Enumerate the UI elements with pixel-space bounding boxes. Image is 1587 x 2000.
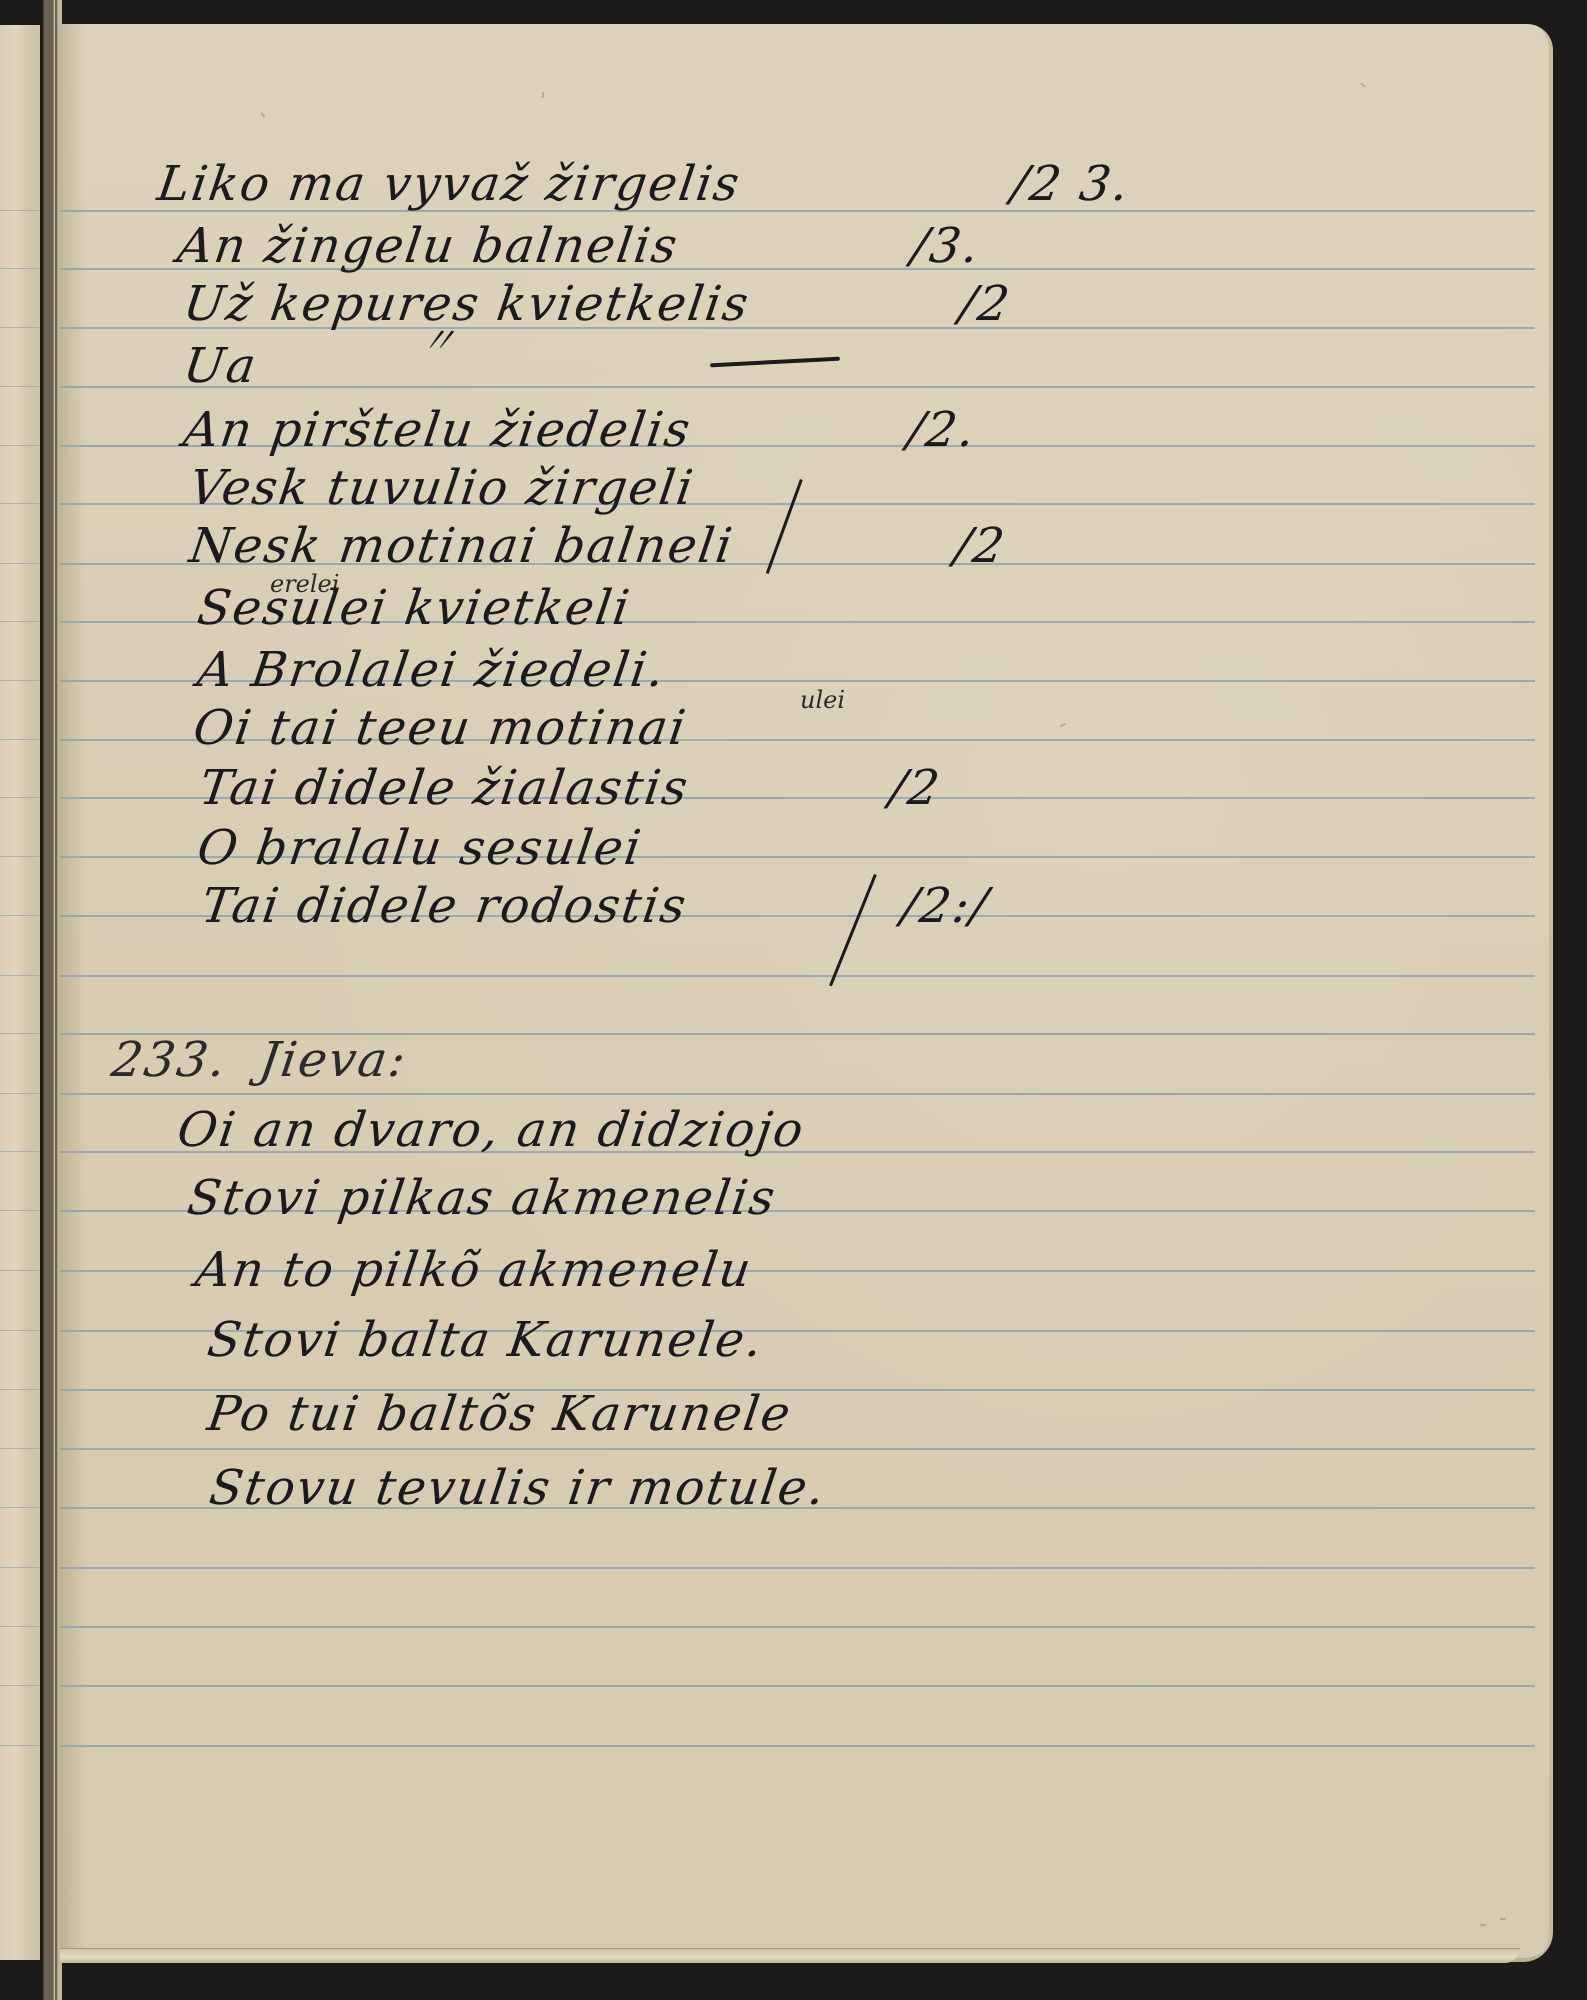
song-line: Stovi balta Karunele. [205,1316,767,1364]
ruled-line [60,975,1535,977]
notebook-spine [40,0,62,2000]
song-line: Po tui baltõs Karunele [205,1390,795,1438]
song-line: Stovu tevulis ir motule. [207,1464,830,1512]
song-line: Sesulei kvietkeli [195,584,634,632]
song-number: 233. [109,1036,231,1084]
previous-page-edge [0,25,40,1960]
ruled-line [60,1626,1535,1628]
ruled-line [60,1567,1535,1569]
song-line: Tai didele žialastis [197,764,693,812]
song-line: Liko ma vyvaž žirgelis [155,160,744,208]
song-line: Už kepures kvietkelis [181,280,753,328]
song-line: Stovi pilkas akmenelis [185,1174,780,1222]
ruled-line [60,1685,1535,1687]
notebook-page: Liko ma vyvaž žirgelis /2 3. An žingelu … [60,24,1553,1962]
repeat-slash [829,874,877,986]
page-edges [60,1948,1520,1963]
gutter-shadow [60,24,86,1962]
song-line: Vesk tuvulio žirgeli [187,464,698,512]
ruled-line [60,386,1535,388]
song-line: An pirštelu žiedelis [181,406,695,454]
ruled-line [60,1448,1535,1450]
song-line: Ua [181,342,261,390]
song-line: An to pilkõ akmenelu [193,1246,756,1294]
ruled-line [60,1745,1535,1747]
refrain-mark: /2 [887,764,944,812]
refrain-mark: /2 [952,522,1009,570]
refrain-mark: /3. [909,222,984,270]
song-line: A Brolalei žiedeli. [195,646,669,694]
song-title: Jieva: [257,1036,411,1084]
song-line: O bralalu sesulei [195,824,646,872]
song-line: An žingelu balnelis [175,222,682,270]
refrain-mark: /2 [957,280,1014,328]
song-line: Nesk motinai balneli [187,522,737,570]
repeat-slash [766,479,803,574]
correction-above: ulei [800,686,845,714]
song-line: Tai didele rodostis [199,882,691,930]
ditto-mark: 〃 [417,324,460,360]
ditto-dash [710,357,840,368]
refrain-mark: /2:/ [899,882,993,930]
song-line: Oi an dvaro, an didziojo [175,1106,808,1154]
refrain-mark: /2 3. [1009,160,1134,208]
refrain-mark: /2. [905,406,980,454]
song-line: Oi tai teeu motinai [191,704,690,752]
ruled-line [60,1093,1535,1095]
